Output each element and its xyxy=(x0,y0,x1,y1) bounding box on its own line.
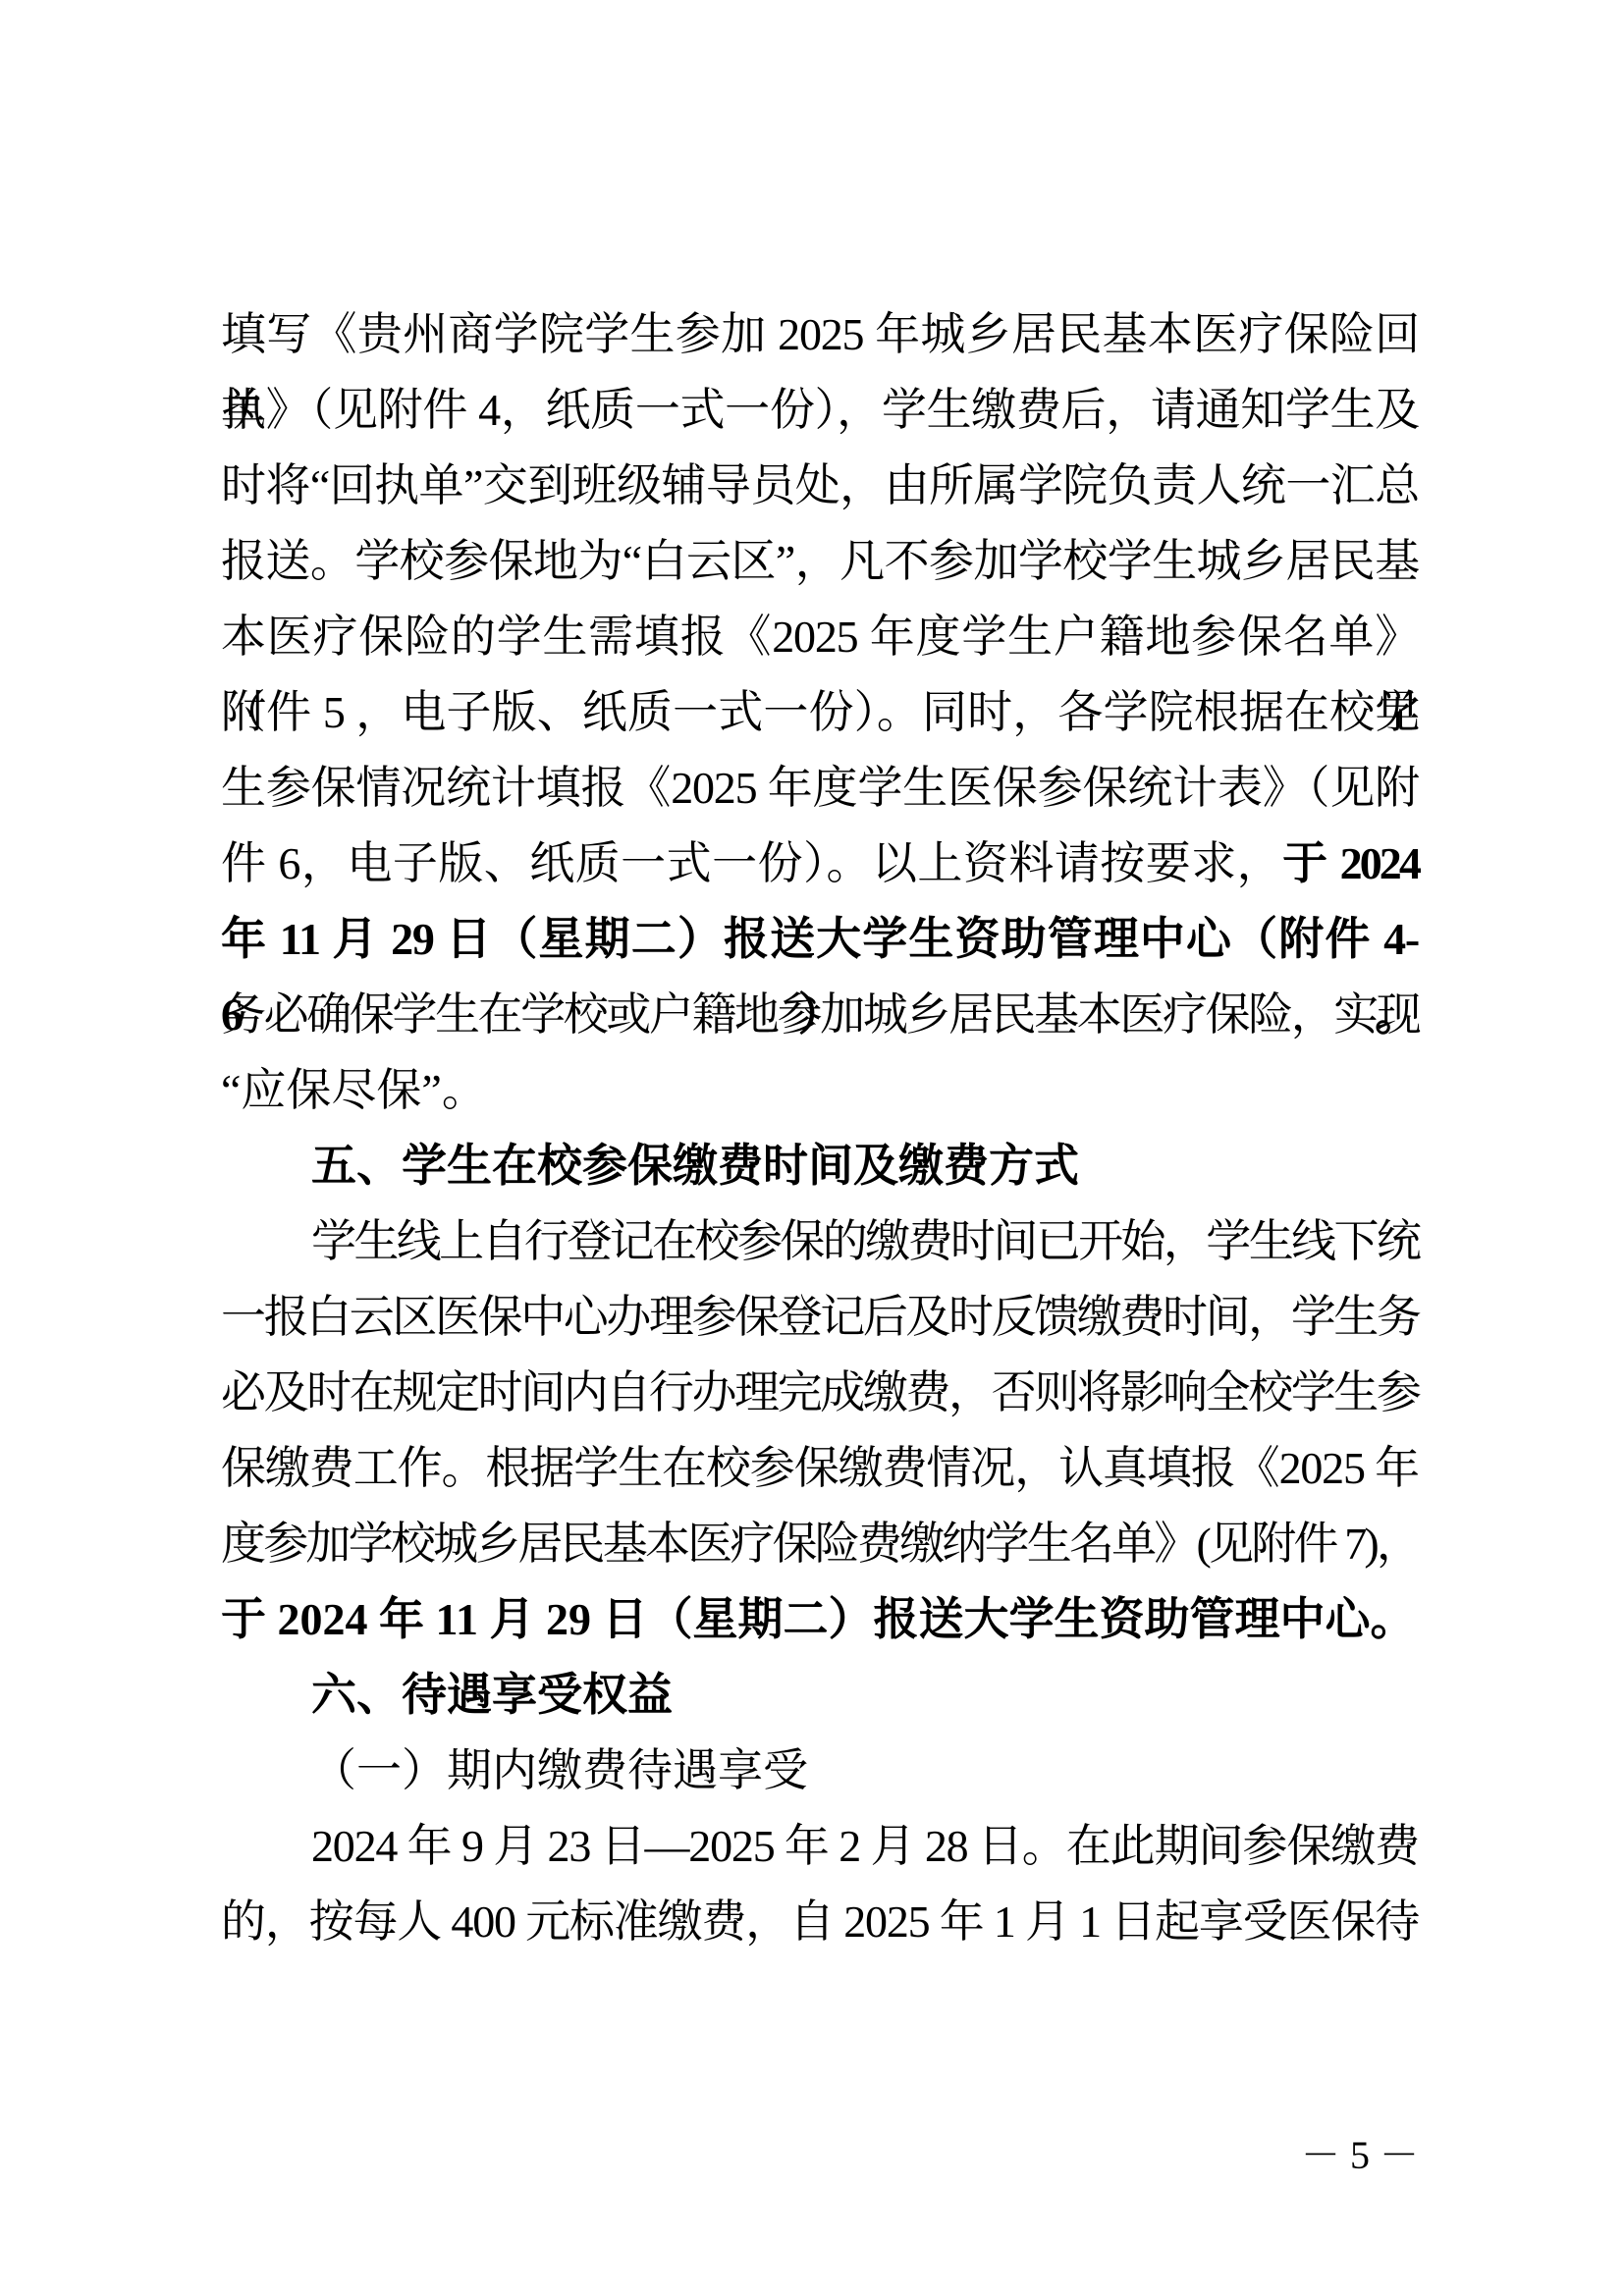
text-segment-body: 时将“回执单”交到班级辅导员处，由所属学院负责人统一汇总 xyxy=(221,460,1419,510)
text-segment-kaiti: （一）期内缴费待遇享受 xyxy=(311,1743,808,1796)
text-line: 年 11 月 29 日（星期二）报送大学生资助管理中心（附件 4-6）。 xyxy=(221,901,1419,977)
text-segment-body: 学生线上自行登记在校参保的缴费时间已开始，学生线下统 xyxy=(311,1216,1419,1266)
text-line: 2024 年 9 月 23 日—2025 年 2 月 28 日。在此期间参保缴费 xyxy=(221,1808,1419,1884)
text-segment-heading: 六、待遇享受权益 xyxy=(311,1669,673,1720)
text-line: 本医疗保险的学生需填报《2025 年度学生户籍地参保名单》（见 xyxy=(221,599,1419,674)
subsection-heading-1: （一）期内缴费待遇享受 xyxy=(221,1733,1419,1808)
text-line: 必及时在规定时间内自行办理完成缴费，否则将影响全校学生参 xyxy=(221,1355,1419,1430)
text-segment-body: 2024 年 9 月 23 日—2025 年 2 月 28 日。在此期间参保缴费 xyxy=(311,1821,1419,1871)
text-segment-body: 保缴费工作。根据学生在校参保缴费情况，认真填报《2025 年 xyxy=(221,1443,1419,1493)
text-line: “应保尽保”。 xyxy=(221,1052,1419,1128)
text-line: 填写《贵州商学院学生参加 2025 年城乡居民基本医疗保险回执 xyxy=(221,296,1419,372)
section-heading-5: 五、学生在校参保缴费时间及缴费方式 xyxy=(221,1128,1419,1203)
text-line: 附件 5 ，电子版、纸质一式一份）。同时，各学院根据在校学 xyxy=(221,674,1419,750)
text-line: 生参保情况统计填报《2025 年度学生医保参保统计表》（见附 xyxy=(221,750,1419,826)
text-segment-body: 度参加学校城乡居民基本医疗保险费缴纳学生名单》(见附件 7)， xyxy=(221,1519,1419,1569)
text-line: 务必确保学生在学校或户籍地参加城乡居民基本医疗保险，实现 xyxy=(221,977,1419,1052)
text-segment-body: 生参保情况统计填报《2025 年度学生医保参保统计表》（见附 xyxy=(221,763,1419,813)
text-segment-heading: 五、学生在校参保缴费时间及缴费方式 xyxy=(311,1140,1079,1191)
text-segment-body: 的，按每人 400 元标准缴费，自 2025 年 1 月 1 日起享受医保待 xyxy=(221,1896,1419,1947)
text-line: 单》（见附件 4，纸质一式一份），学生缴费后，请通知学生及 xyxy=(221,372,1419,448)
text-segment-body: 件 6，电子版、纸质一式一份）。以上资料请按要求， xyxy=(221,838,1282,888)
text-line: 于 2024 年 11 月 29 日（星期二）报送大学生资助管理中心。 xyxy=(221,1581,1419,1657)
text-line: 件 6，电子版、纸质一式一份）。以上资料请按要求，于 2024 xyxy=(221,826,1419,901)
text-segment-body: 单》（见附件 4，纸质一式一份），学生缴费后，请通知学生及 xyxy=(221,385,1419,435)
text-segment-body: 附件 5 ，电子版、纸质一式一份）。同时，各学院根据在校学 xyxy=(221,687,1419,737)
text-line: 的，按每人 400 元标准缴费，自 2025 年 1 月 1 日起享受医保待 xyxy=(221,1884,1419,1959)
text-segment-bold: 于 2024 xyxy=(1282,838,1419,888)
text-line: 学生线上自行登记在校参保的缴费时间已开始，学生线下统 xyxy=(221,1203,1419,1279)
text-line: 报送。学校参保地为“白云区”，凡不参加学校学生城乡居民基 xyxy=(221,523,1419,599)
page-number: － 5 － xyxy=(1301,2128,1419,2183)
section-heading-6: 六、待遇享受权益 xyxy=(221,1657,1419,1733)
text-block: 填写《贵州商学院学生参加 2025 年城乡居民基本医疗保险回执单》（见附件 4，… xyxy=(221,296,1419,1959)
text-segment-body: “应保尽保”。 xyxy=(221,1065,487,1115)
text-line: 度参加学校城乡居民基本医疗保险费缴纳学生名单》(见附件 7)， xyxy=(221,1506,1419,1581)
text-line: 一报白云区医保中心办理参保登记后及时反馈缴费时间，学生务 xyxy=(221,1279,1419,1355)
text-line: 保缴费工作。根据学生在校参保缴费情况，认真填报《2025 年 xyxy=(221,1430,1419,1506)
text-segment-body: 报送。学校参保地为“白云区”，凡不参加学校学生城乡居民基 xyxy=(221,536,1419,586)
text-segment-body: 务必确保学生在学校或户籍地参加城乡居民基本医疗保险，实现 xyxy=(221,989,1419,1040)
document-page: 填写《贵州商学院学生参加 2025 年城乡居民基本医疗保险回执单》（见附件 4，… xyxy=(0,0,1624,2296)
text-segment-bold: 于 2024 年 11 月 29 日（星期二）报送大学生资助管理中心。 xyxy=(221,1594,1415,1644)
text-line: 时将“回执单”交到班级辅导员处，由所属学院负责人统一汇总 xyxy=(221,448,1419,523)
text-segment-body: 一报白云区医保中心办理参保登记后及时反馈缴费时间，学生务 xyxy=(221,1292,1419,1342)
text-segment-body: 必及时在规定时间内自行办理完成缴费，否则将影响全校学生参 xyxy=(221,1367,1419,1417)
